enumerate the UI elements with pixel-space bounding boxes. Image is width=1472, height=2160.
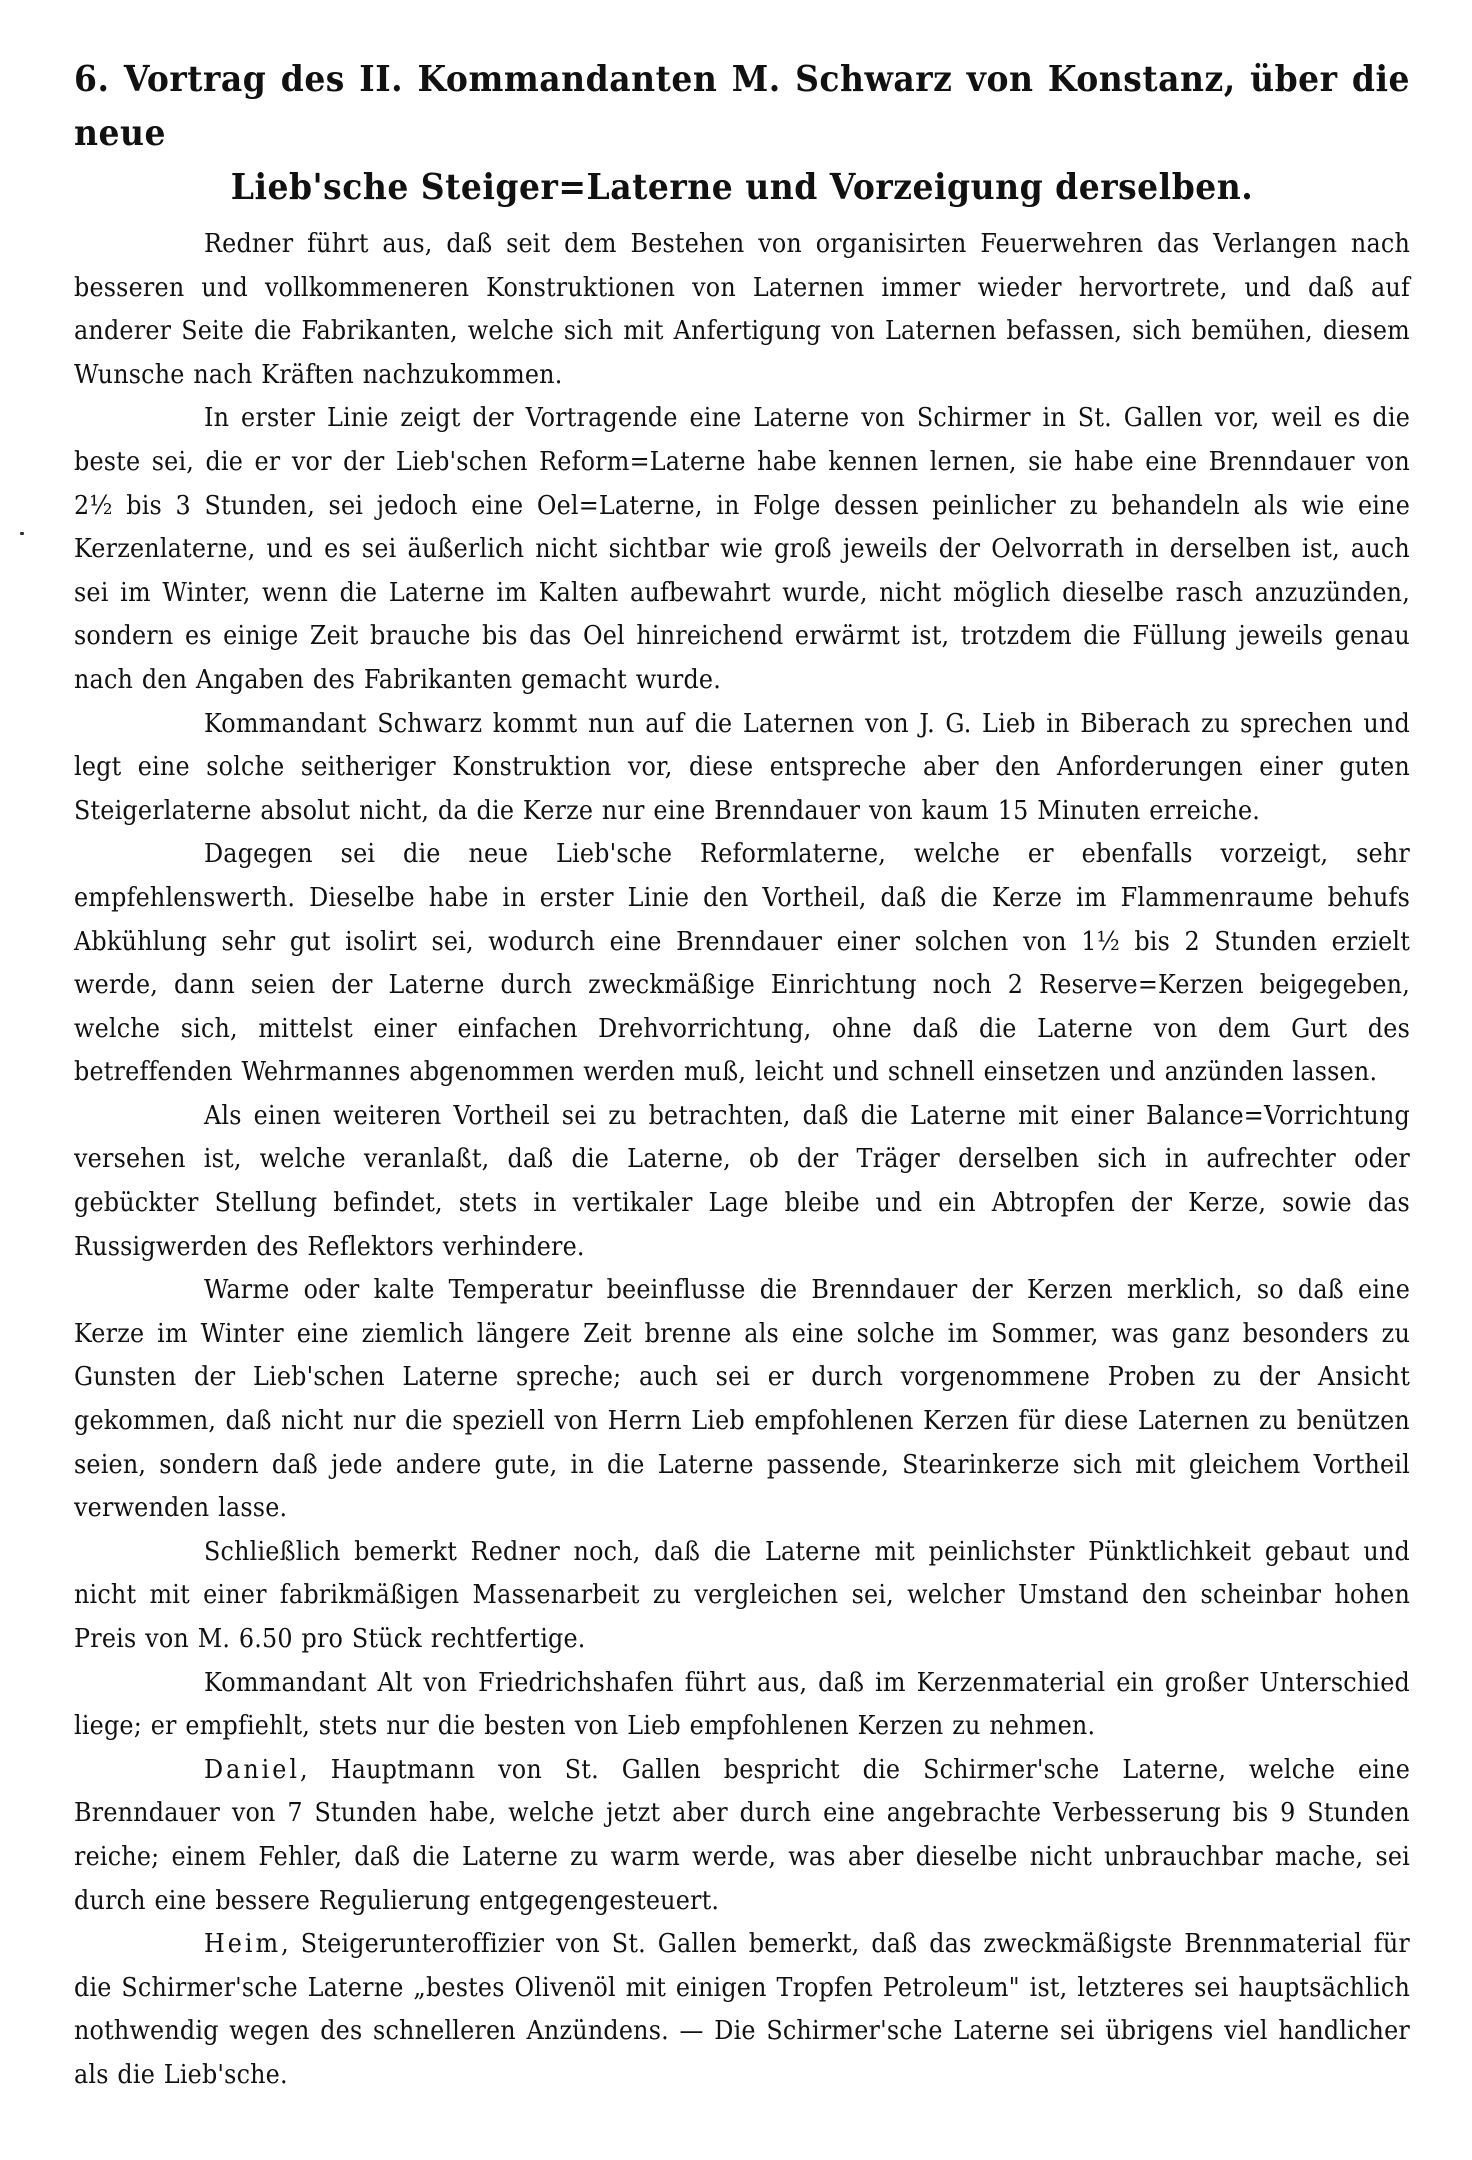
heading-line-2: Lieb'sche Steiger=Laterne und Vorzeigung… <box>74 160 1410 214</box>
paragraph-heim-remarks: Heim, Steigerunteroffizier von St. Galle… <box>74 1922 1410 2096</box>
paragraph-price: Schließlich bemerkt Redner noch, daß die… <box>74 1530 1410 1661</box>
paragraph-temperature: Warme oder kalte Temperatur beeinflusse … <box>74 1268 1410 1530</box>
paragraph-reform-lantern: Dagegen sei die neue Lieb'sche Reformlat… <box>74 832 1410 1094</box>
speaker-name-heim: Heim <box>204 1928 281 1959</box>
paragraph-intro: Redner führt aus, daß seit dem Bestehen … <box>74 222 1410 396</box>
speaker-name-daniel: Daniel <box>204 1754 300 1785</box>
paragraph-daniel-remarks: Daniel, Hauptmann von St. Gallen bespric… <box>74 1748 1410 1922</box>
section-heading: 6. Vortrag des II. Kommandanten M. Schwa… <box>74 52 1410 214</box>
paragraph-alt-remarks: Kommandant Alt von Friedrichshafen führt… <box>74 1661 1410 1748</box>
paragraph-lieb-old-lantern: Kommandant Schwarz kommt nun auf die Lat… <box>74 702 1410 833</box>
scan-speck <box>20 532 24 535</box>
paragraph-schirmer-lantern: In erster Linie zeigt der Vortragende ei… <box>74 396 1410 701</box>
paragraph-balance-device: Als einen weiteren Vortheil sei zu betra… <box>74 1094 1410 1268</box>
heading-line-1: 6. Vortrag des II. Kommandanten M. Schwa… <box>74 52 1410 160</box>
document-page: 6. Vortrag des II. Kommandanten M. Schwa… <box>74 58 1410 2097</box>
